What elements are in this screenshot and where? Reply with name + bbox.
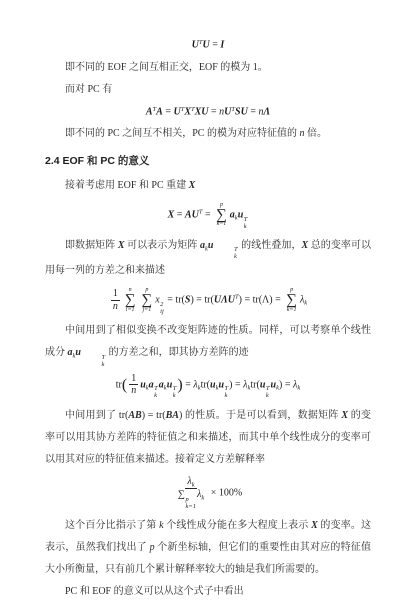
- paragraph-pc-eof-meaning: PC 和 EOF 的意义可以从这个式子中看出: [45, 581, 371, 600]
- paragraph-for-pc: 而对 PC 有: [45, 79, 371, 101]
- formula-total-variance-trace: 1nn∑i=1p∑j=1x2ij = tr(S) = tr(UΛUT) = tr…: [45, 287, 371, 315]
- paragraph-eof-orthogonal-note: 即不同的 EOF 之间互相正交，EOF 的模为 1。: [45, 57, 371, 79]
- paragraph-percentage-meaning: 这个百分比指示了第 k 个线性成分能在多大程度上表示 X 的变率。这表示，虽然我…: [45, 515, 371, 581]
- document-page: UTU = I 即不同的 EOF 之间互相正交，EOF 的模为 1。 而对 PC…: [0, 0, 416, 600]
- paragraph-reconstruct-x: 接着考虑用 EOF 和 PC 重建 X: [45, 175, 371, 197]
- paragraph-trace-property-note: 中间用到了 tr(AB) = tr(BA) 的性质。于是可以看到，数据矩阵 X …: [45, 405, 371, 471]
- formula-explained-variance-ratio: λk∑pk=1λk × 100%: [45, 476, 371, 510]
- formula-eof-orthogonality: UTU = I: [45, 39, 371, 52]
- paragraph-linear-superposition: 即数据矩阵 X 可以表示为矩阵 akuTk 的线性叠加，X 总的变率可以用每一列…: [45, 235, 371, 283]
- formula-x-reconstruction: X = AUT = p∑k=1akuTk: [45, 202, 371, 230]
- formula-pc-covariance: ATA = UTXTXU = nUTSU = nΛ: [45, 106, 371, 119]
- formula-single-component-trace: tr(1nukaTkakuTk) = λktr(ukuTk) = λktr(uT…: [45, 373, 371, 400]
- paragraph-similarity-transform-note: 中间用到了相似变换不改变矩阵迹的性质。同样，可以考察单个线性成分 akuTk 的…: [45, 320, 371, 368]
- paragraph-pc-uncorrelated-note: 即不同的 PC 之间互不相关，PC 的模为对应特征值的 n 倍。: [45, 123, 371, 145]
- section-heading: 2.4 EOF 和 PC 的意义: [45, 153, 371, 169]
